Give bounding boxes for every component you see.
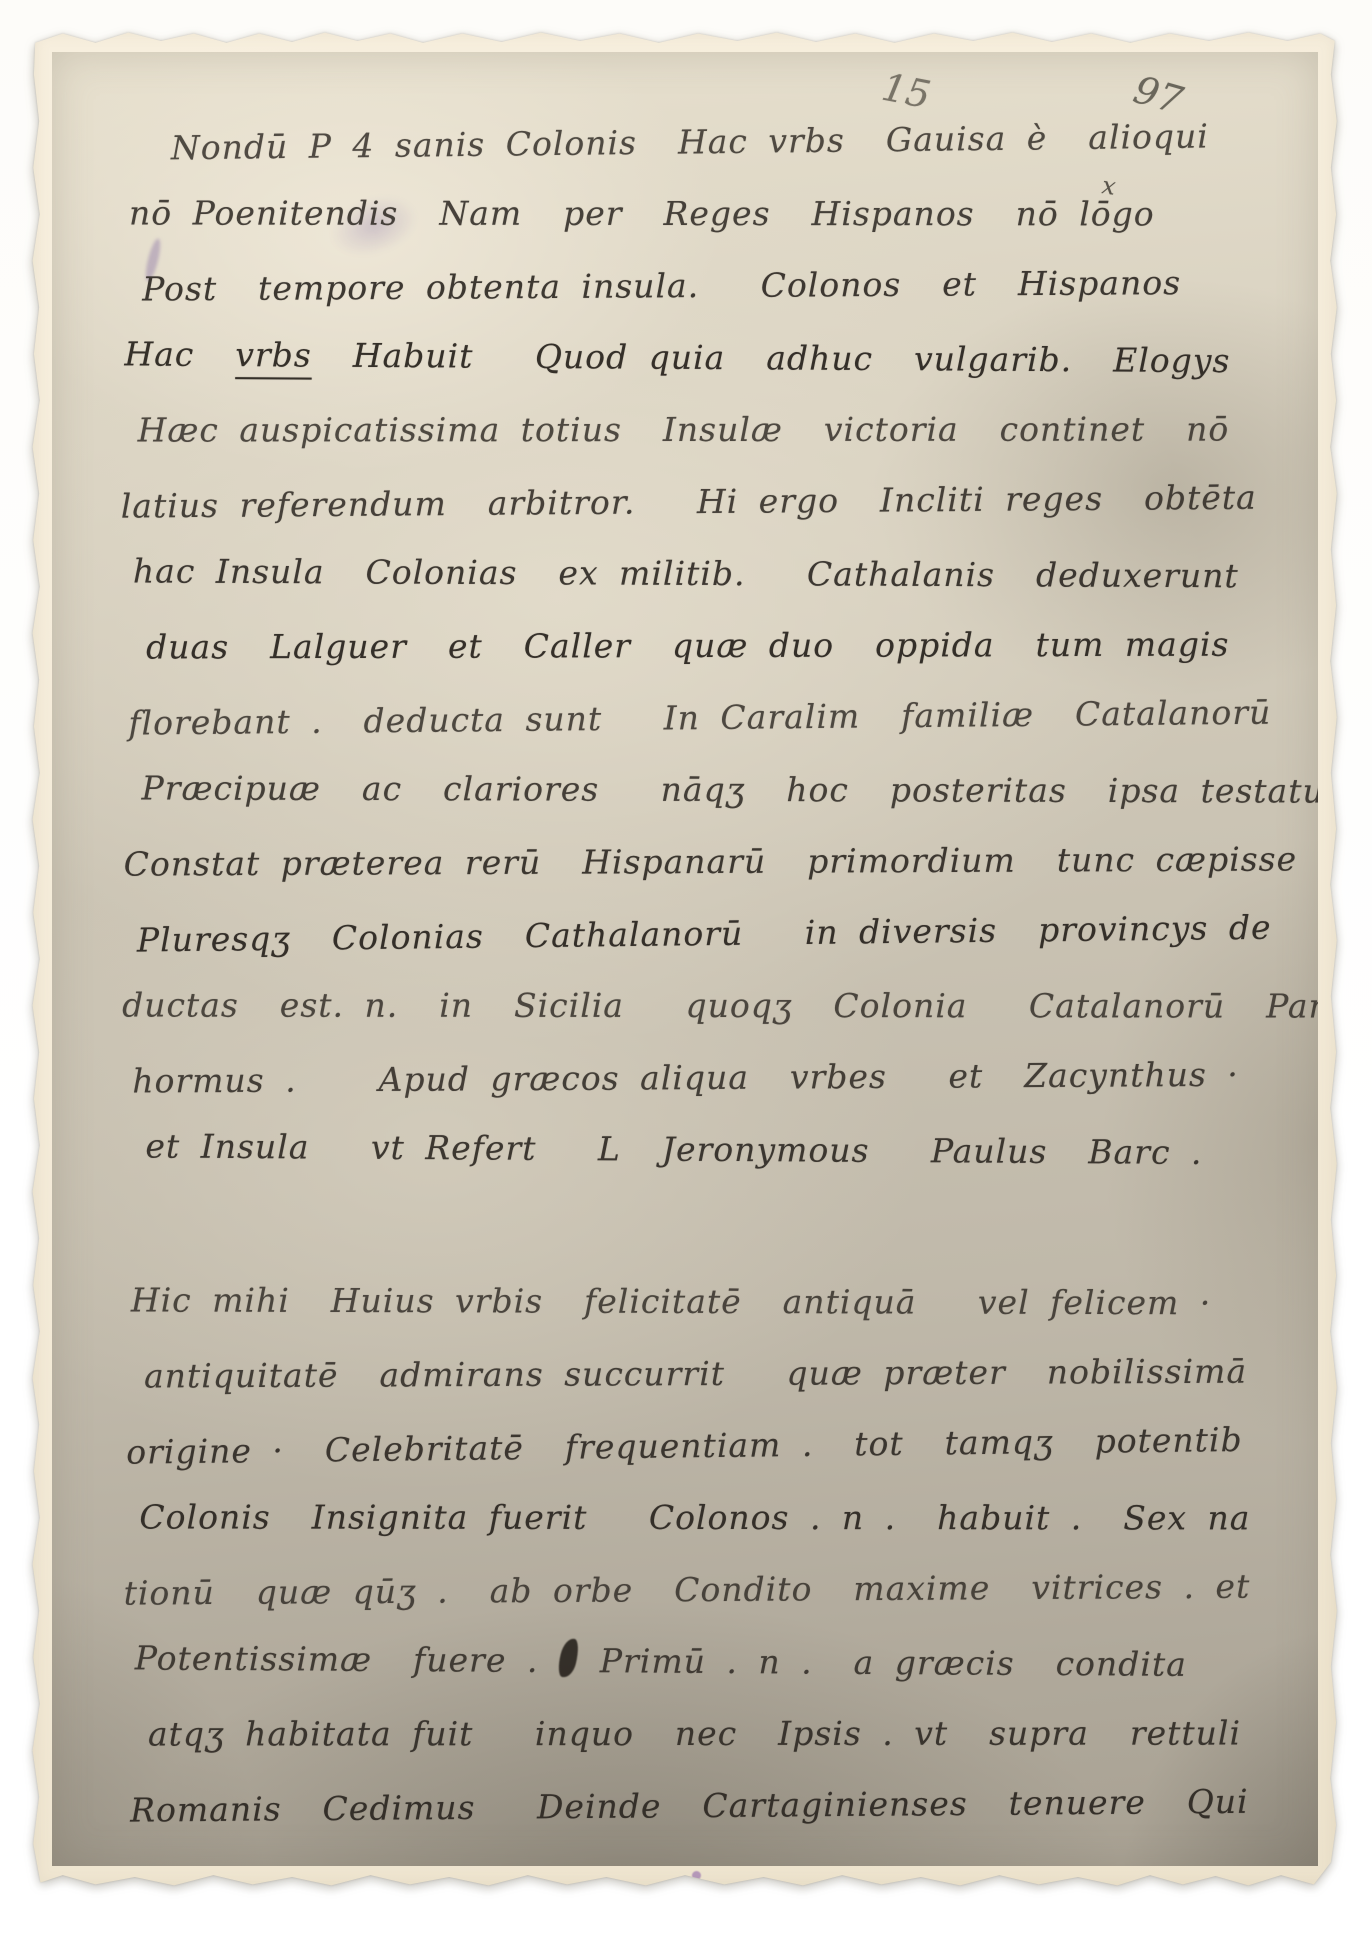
manuscript-line: Constat præterea rerū Hispanarū primordi… (124, 823, 1298, 900)
manuscript-text: Nondū P 4 sanis Colonis Hac vrbs Gauisa … (128, 104, 1301, 1843)
photo-print: 15 97 x Nondū P 4 sanis Colonis Hac vrbs… (30, 28, 1340, 1890)
underlined-word: vrbs (235, 335, 312, 374)
manuscript-paragraph: Nondū P 4 sanis Colonis Hac vrbs Gauisa … (128, 104, 1299, 1187)
manuscript-line: latius referendum arbitror. Hi ergo Incl… (120, 461, 1297, 542)
manuscript-line: duas Lalguer et Caller quæ duo oppida tu… (146, 608, 1297, 683)
manuscript-line: et Insula vt Refert L Jeronymous Paulus … (145, 1110, 1298, 1189)
manuscript-line: Nondū P 4 sanis Colonis Hac vrbs Gauisa … (170, 100, 1296, 185)
manuscript-line: hac Insula Colonias ex militib. Cathalan… (133, 535, 1297, 612)
manuscript-paragraph: Hic mihi Huius vrbis felicitatē antiquā … (131, 1264, 1301, 1843)
manuscript-line: antiquitatē admirans succurrit quæ præte… (144, 1335, 1299, 1412)
manuscript-line: nō Poenitendis Nam per Reges Hispanos nō… (129, 177, 1296, 250)
violet-dot (692, 1871, 701, 1880)
manuscript-line: ductas est. n. in Sicilia quoqʒ Colonia … (122, 969, 1298, 1042)
manuscript-image: 15 97 x Nondū P 4 sanis Colonis Hac vrbs… (52, 52, 1318, 1866)
photograph: 15 97 x Nondū P 4 sanis Colonis Hac vrbs… (30, 28, 1340, 1890)
manuscript-line: Præcipuæ ac clariores nāqʒ hoc posterita… (141, 752, 1297, 827)
manuscript-line: Colonis Insignita fuerit Colonos . n . h… (139, 1481, 1299, 1554)
manuscript-line: florebant . deducta sunt In Caralim fami… (128, 676, 1298, 759)
manuscript-line: Post tempore obtenta insula. Colonos et … (142, 246, 1296, 325)
manuscript-line: Hac vrbs Habuit Quod quia adhuc vulgarib… (124, 318, 1296, 397)
manuscript-line: atqʒ habitata fuit inquo nec Ipsis . vt … (148, 1697, 1300, 1770)
manuscript-line: Pluresqʒ Colonias Cathalanorū in diversi… (137, 891, 1299, 976)
manuscript-line: hormus . Apud græcos aliqua vrbes et Zac… (132, 1038, 1298, 1117)
manuscript-line: Hic mihi Huius vrbis felicitatē antiquā … (131, 1264, 1299, 1339)
manuscript-line: Potentissimæ fuere . Primū . n . a græci… (135, 1622, 1300, 1701)
manuscript-line: tionū quæ qūʒ . ab orbe Condito maxime v… (123, 1550, 1299, 1629)
manuscript-line: Hæc auspicatissima totius Insulæ victori… (138, 393, 1297, 466)
album-page: 15 97 x Nondū P 4 sanis Colonis Hac vrbs… (0, 0, 1372, 1943)
manuscript-line: Romanis Cedimus Deinde Cartaginienses te… (130, 1765, 1301, 1846)
manuscript-line: origine · Celebritatē frequentiam . tot … (126, 1403, 1300, 1488)
